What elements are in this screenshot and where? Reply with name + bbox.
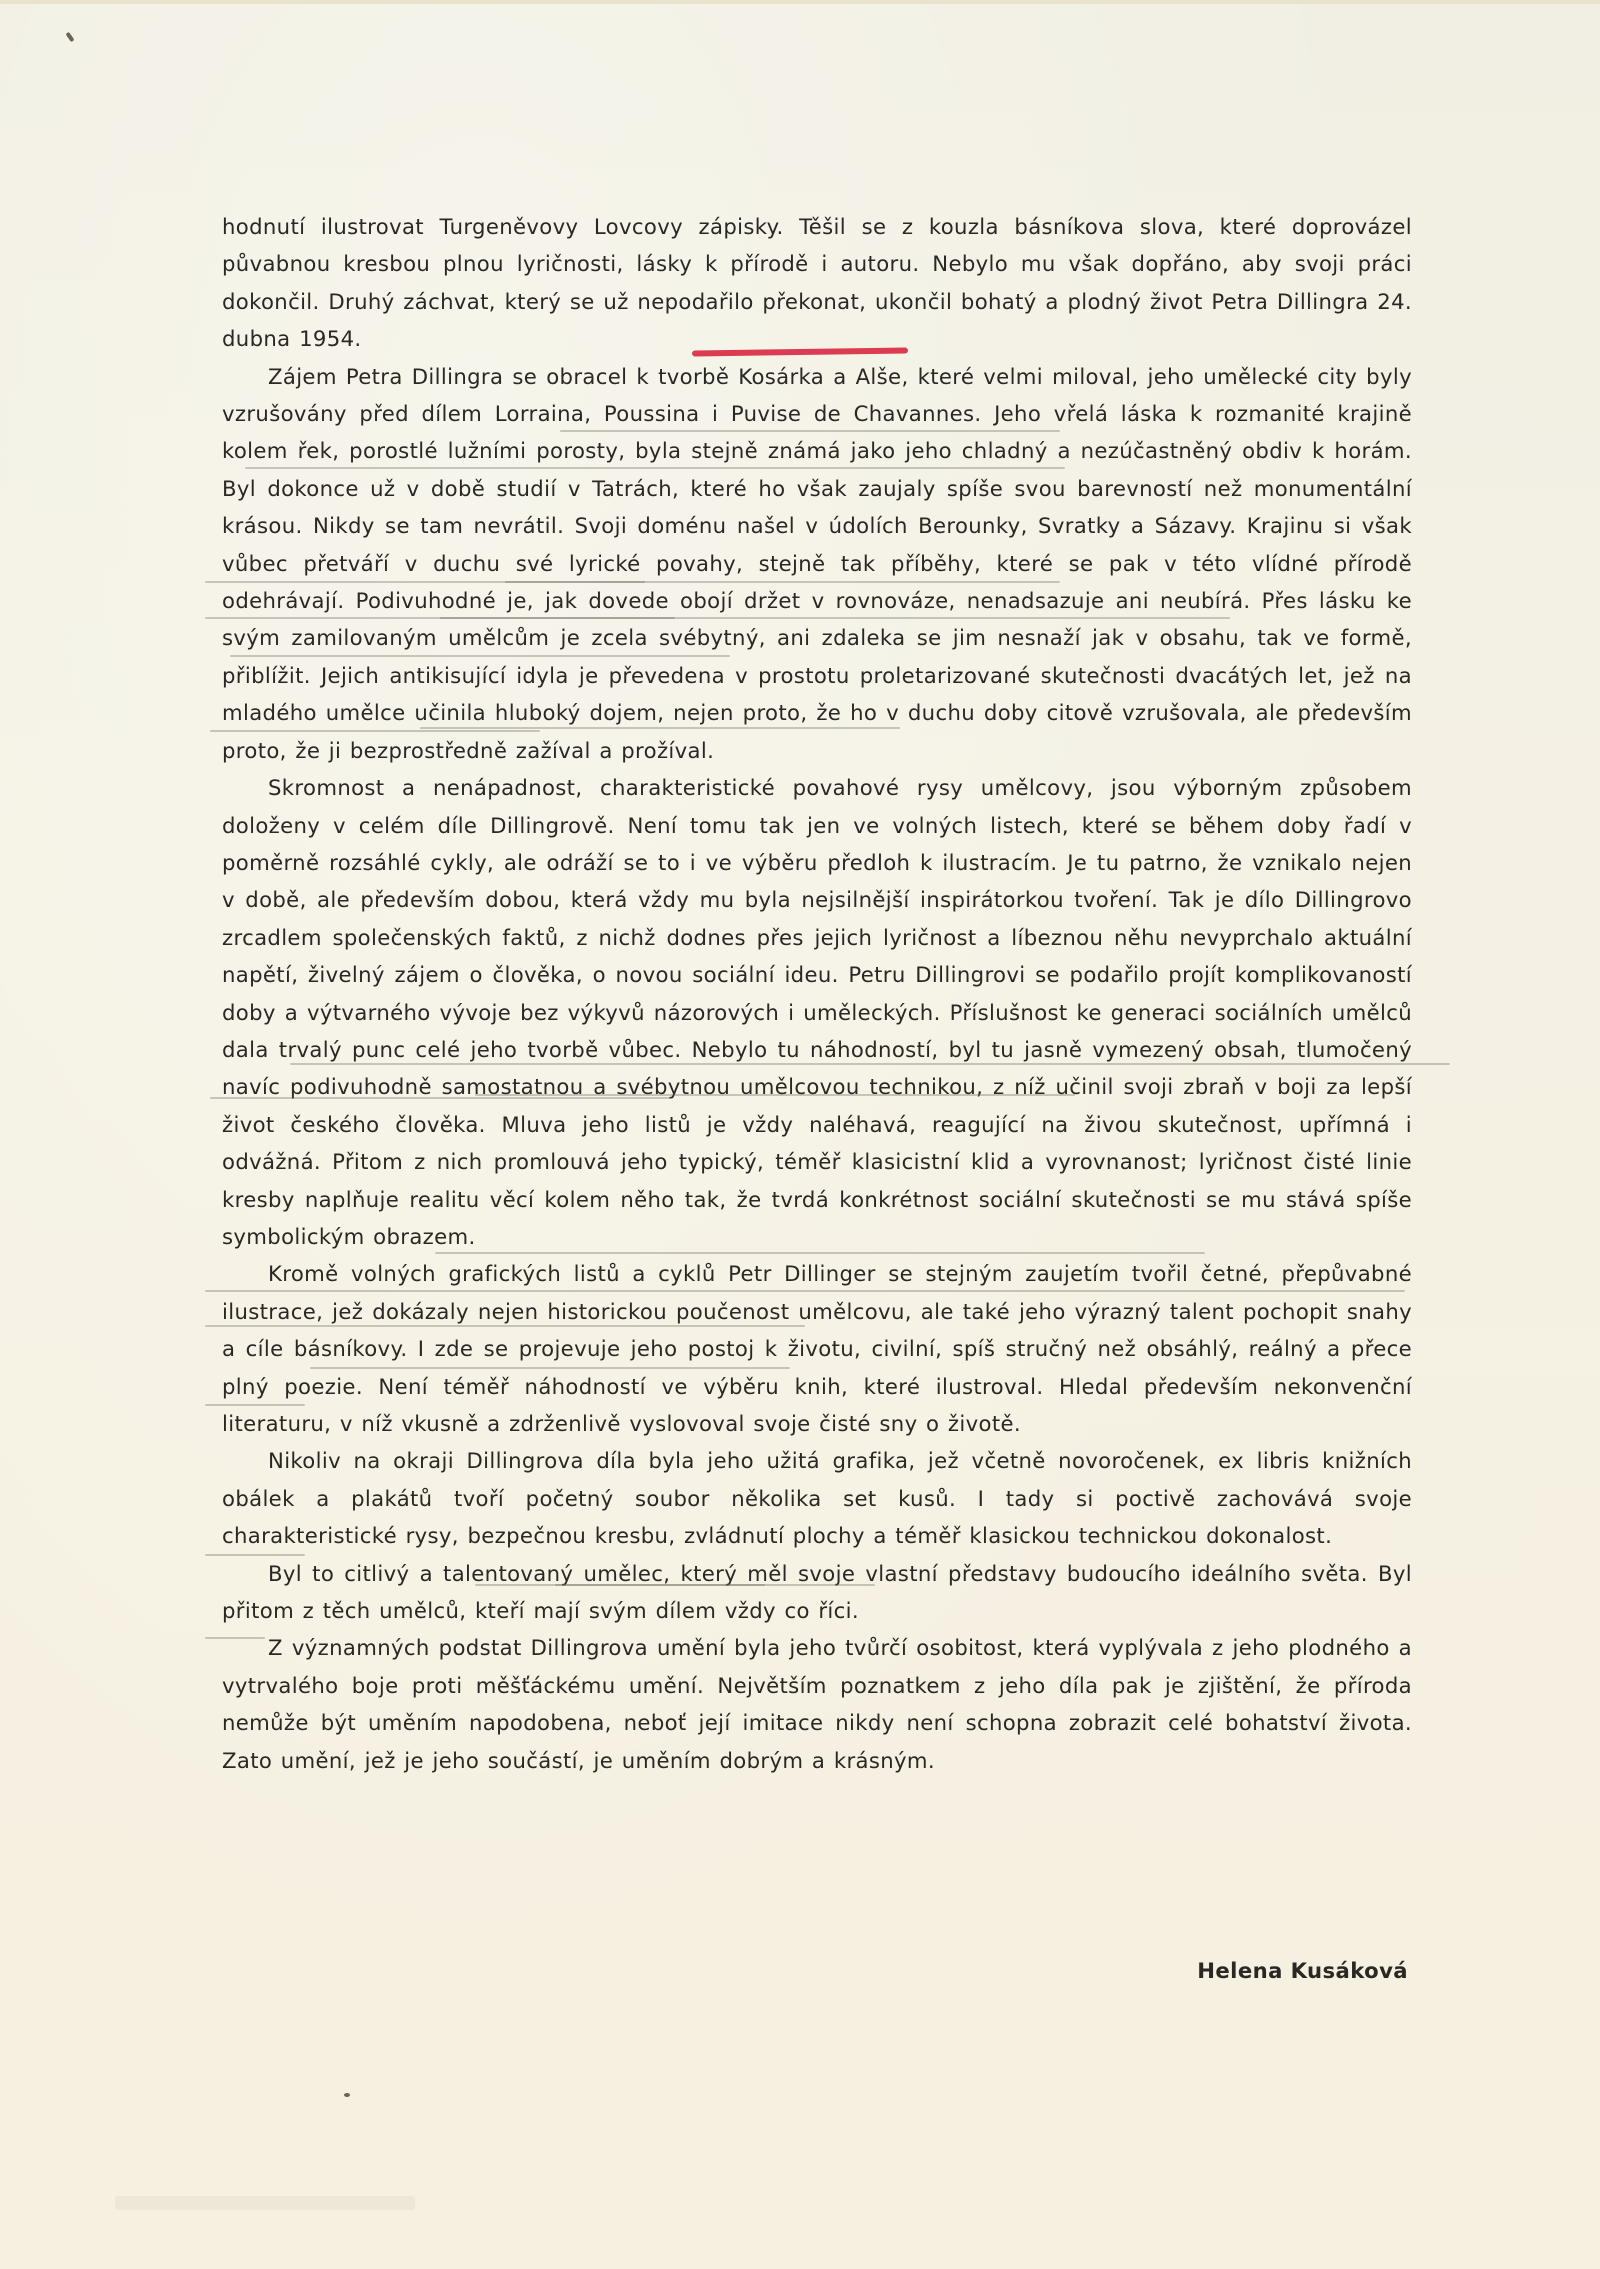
show-through-text — [115, 2196, 415, 2210]
paragraph-7: Z významných podstat Dillingrova umění b… — [222, 1629, 1412, 1779]
pencil-underline — [205, 1554, 305, 1556]
pencil-underline — [475, 1094, 1075, 1096]
pencil-underline — [230, 655, 730, 657]
pencil-underline — [205, 1637, 265, 1639]
pencil-underline — [310, 1367, 790, 1369]
pencil-underline — [245, 467, 1065, 469]
pencil-underline — [435, 1252, 1205, 1254]
pencil-underline — [210, 1097, 670, 1099]
pencil-underline — [205, 1404, 305, 1406]
pencil-underline — [205, 1290, 1405, 1292]
paragraph-1: hodnutí ilustrovat Turgeněvovy Lovcovy z… — [222, 208, 1412, 358]
ink-dot-mark — [344, 2093, 350, 2097]
pencil-underline — [420, 727, 900, 729]
author-signature: Helena Kusáková — [1197, 1958, 1408, 1983]
paragraph-5: Nikoliv na okraji Dillingrova díla byla … — [222, 1442, 1412, 1554]
pencil-underline — [505, 581, 1060, 583]
pencil-underline — [210, 730, 540, 732]
pencil-underline — [290, 1063, 1450, 1065]
paragraph-4: Kromě volných grafických listů a cyklů P… — [222, 1255, 1412, 1442]
pencil-underline — [555, 1584, 875, 1586]
pencil-underline — [205, 1325, 805, 1327]
page-top-edge — [0, 0, 1600, 4]
paragraph-3: Skromnost a nenápadnost, charakteristick… — [222, 769, 1412, 1255]
pencil-underline — [560, 430, 1060, 432]
paragraph-6: Byl to citlivý a talentovaný umělec, kte… — [222, 1555, 1412, 1630]
document-body: hodnutí ilustrovat Turgeněvovy Lovcovy z… — [222, 208, 1412, 1779]
pencil-underline — [440, 617, 1230, 619]
paragraph-2: Zájem Petra Dillingra se obracel k tvorb… — [222, 358, 1412, 769]
